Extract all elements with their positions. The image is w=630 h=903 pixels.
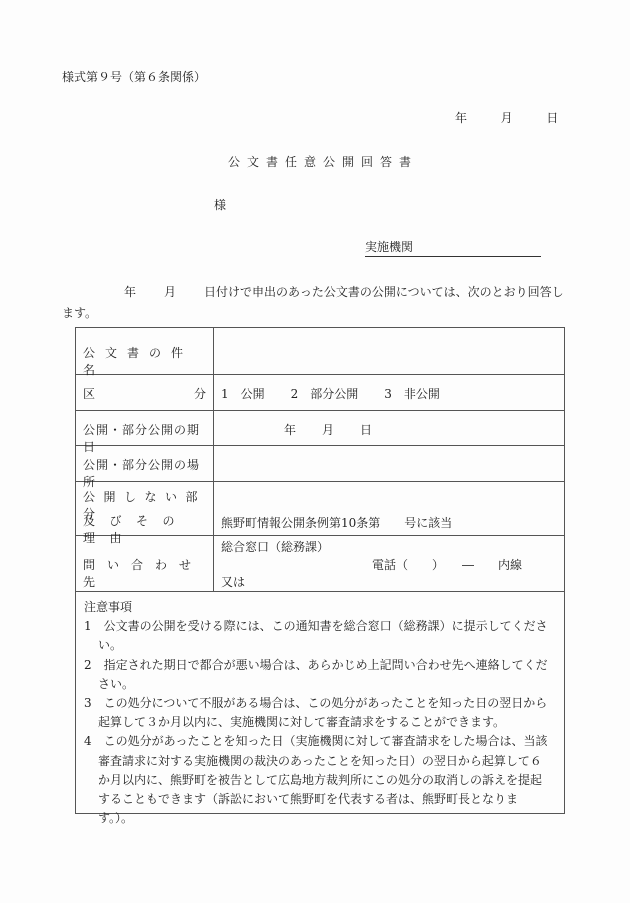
response-table: 公文書の件名 区 分 1 公開2 部分公開3 非公開 公開・部分公開の期日 年月… <box>75 327 565 814</box>
notes-section: 注意事項 1 公文書の公開を受ける際には、この通知書を総合窓口（総務課）に提示し… <box>76 592 564 813</box>
form-number: 様式第９号（第６条関係） <box>62 68 206 85</box>
date-year: 年 <box>455 109 467 126</box>
disclosure-day: 日 <box>360 423 372 437</box>
intro-text: 日付けで申出のあった公文書の公開については、次のとおり回答します。 <box>62 285 564 320</box>
intro-month: 月 <box>164 285 176 299</box>
document-title: 公文書任意公開回答書 <box>228 153 418 170</box>
label-cell: 問い合わせ先 <box>76 536 214 591</box>
contact-phone: 電話（ ） ― 内線 <box>372 556 522 573</box>
addressee-suffix: 様 <box>214 196 226 213</box>
label-cell: 公開しない部分 及びその理由 <box>76 482 214 535</box>
contact-office: 総合窓口（総務課） <box>221 538 329 555</box>
label-cell: 公文書の件名 <box>76 328 214 374</box>
notes-heading: 注意事項 <box>84 598 556 617</box>
note-item: 3 この処分について不服がある場合は、この処分があったことを知った日の翌日から起… <box>84 694 548 732</box>
note-item: 4 この処分があったことを知った日（実施機関に対して審査請求をした場合は、当該審… <box>84 732 548 828</box>
note-item: 2 指定された期日で都合が悪い場合は、あらかじめ上記問い合わせ先へ連絡してくださ… <box>84 656 548 694</box>
organization-label: 実施機関 <box>365 240 413 254</box>
organization-line: 実施機関 <box>365 238 541 257</box>
contact-or: 又は <box>221 573 245 590</box>
disclosure-date-value: 年月日 <box>284 421 372 438</box>
intro-year: 年 <box>124 285 136 299</box>
classification-label-left: 区 <box>83 385 95 402</box>
contact-label: 問い合わせ先 <box>83 556 206 590</box>
option-nonpublic: 3 非公開 <box>384 387 440 401</box>
label-cell: 公開・部分公開の場所 <box>76 446 214 481</box>
date-month: 月 <box>501 109 513 126</box>
table-row-subject: 公文書の件名 <box>76 328 564 375</box>
subject-label: 公文書の件名 <box>83 344 206 378</box>
table-row-classification: 区 分 1 公開2 部分公開3 非公開 <box>76 375 564 411</box>
classification-label-right: 分 <box>194 385 206 402</box>
label-cell: 区 分 <box>76 375 214 410</box>
table-row-contact: 問い合わせ先 総合窓口（総務課） 電話（ ） ― 内線 又は <box>76 536 564 592</box>
disclosure-month: 月 <box>322 423 334 437</box>
table-row-date: 公開・部分公開の期日 年月日 <box>76 411 564 446</box>
label-cell: 公開・部分公開の期日 <box>76 411 214 445</box>
date-day: 日 <box>546 109 558 126</box>
option-public: 1 公開 <box>221 387 265 401</box>
table-row-place: 公開・部分公開の場所 <box>76 446 564 482</box>
intro-paragraph: 年月日付けで申出のあった公文書の公開については、次のとおり回答します。 <box>62 282 572 324</box>
document-date: 年 月 日 <box>455 109 558 126</box>
disclosure-year: 年 <box>284 423 296 437</box>
reason-value: 熊野町情報公開条例第10条第 号に該当 <box>221 514 452 531</box>
table-row-reason: 公開しない部分 及びその理由 熊野町情報公開条例第10条第 号に該当 <box>76 482 564 536</box>
option-partial: 2 部分公開 <box>291 387 359 401</box>
classification-options: 1 公開2 部分公開3 非公開 <box>221 385 440 402</box>
subject-value <box>214 328 564 374</box>
place-value <box>214 446 564 481</box>
note-item: 1 公文書の公開を受ける際には、この通知書を総合窓口（総務課）に提示してください… <box>84 617 548 655</box>
